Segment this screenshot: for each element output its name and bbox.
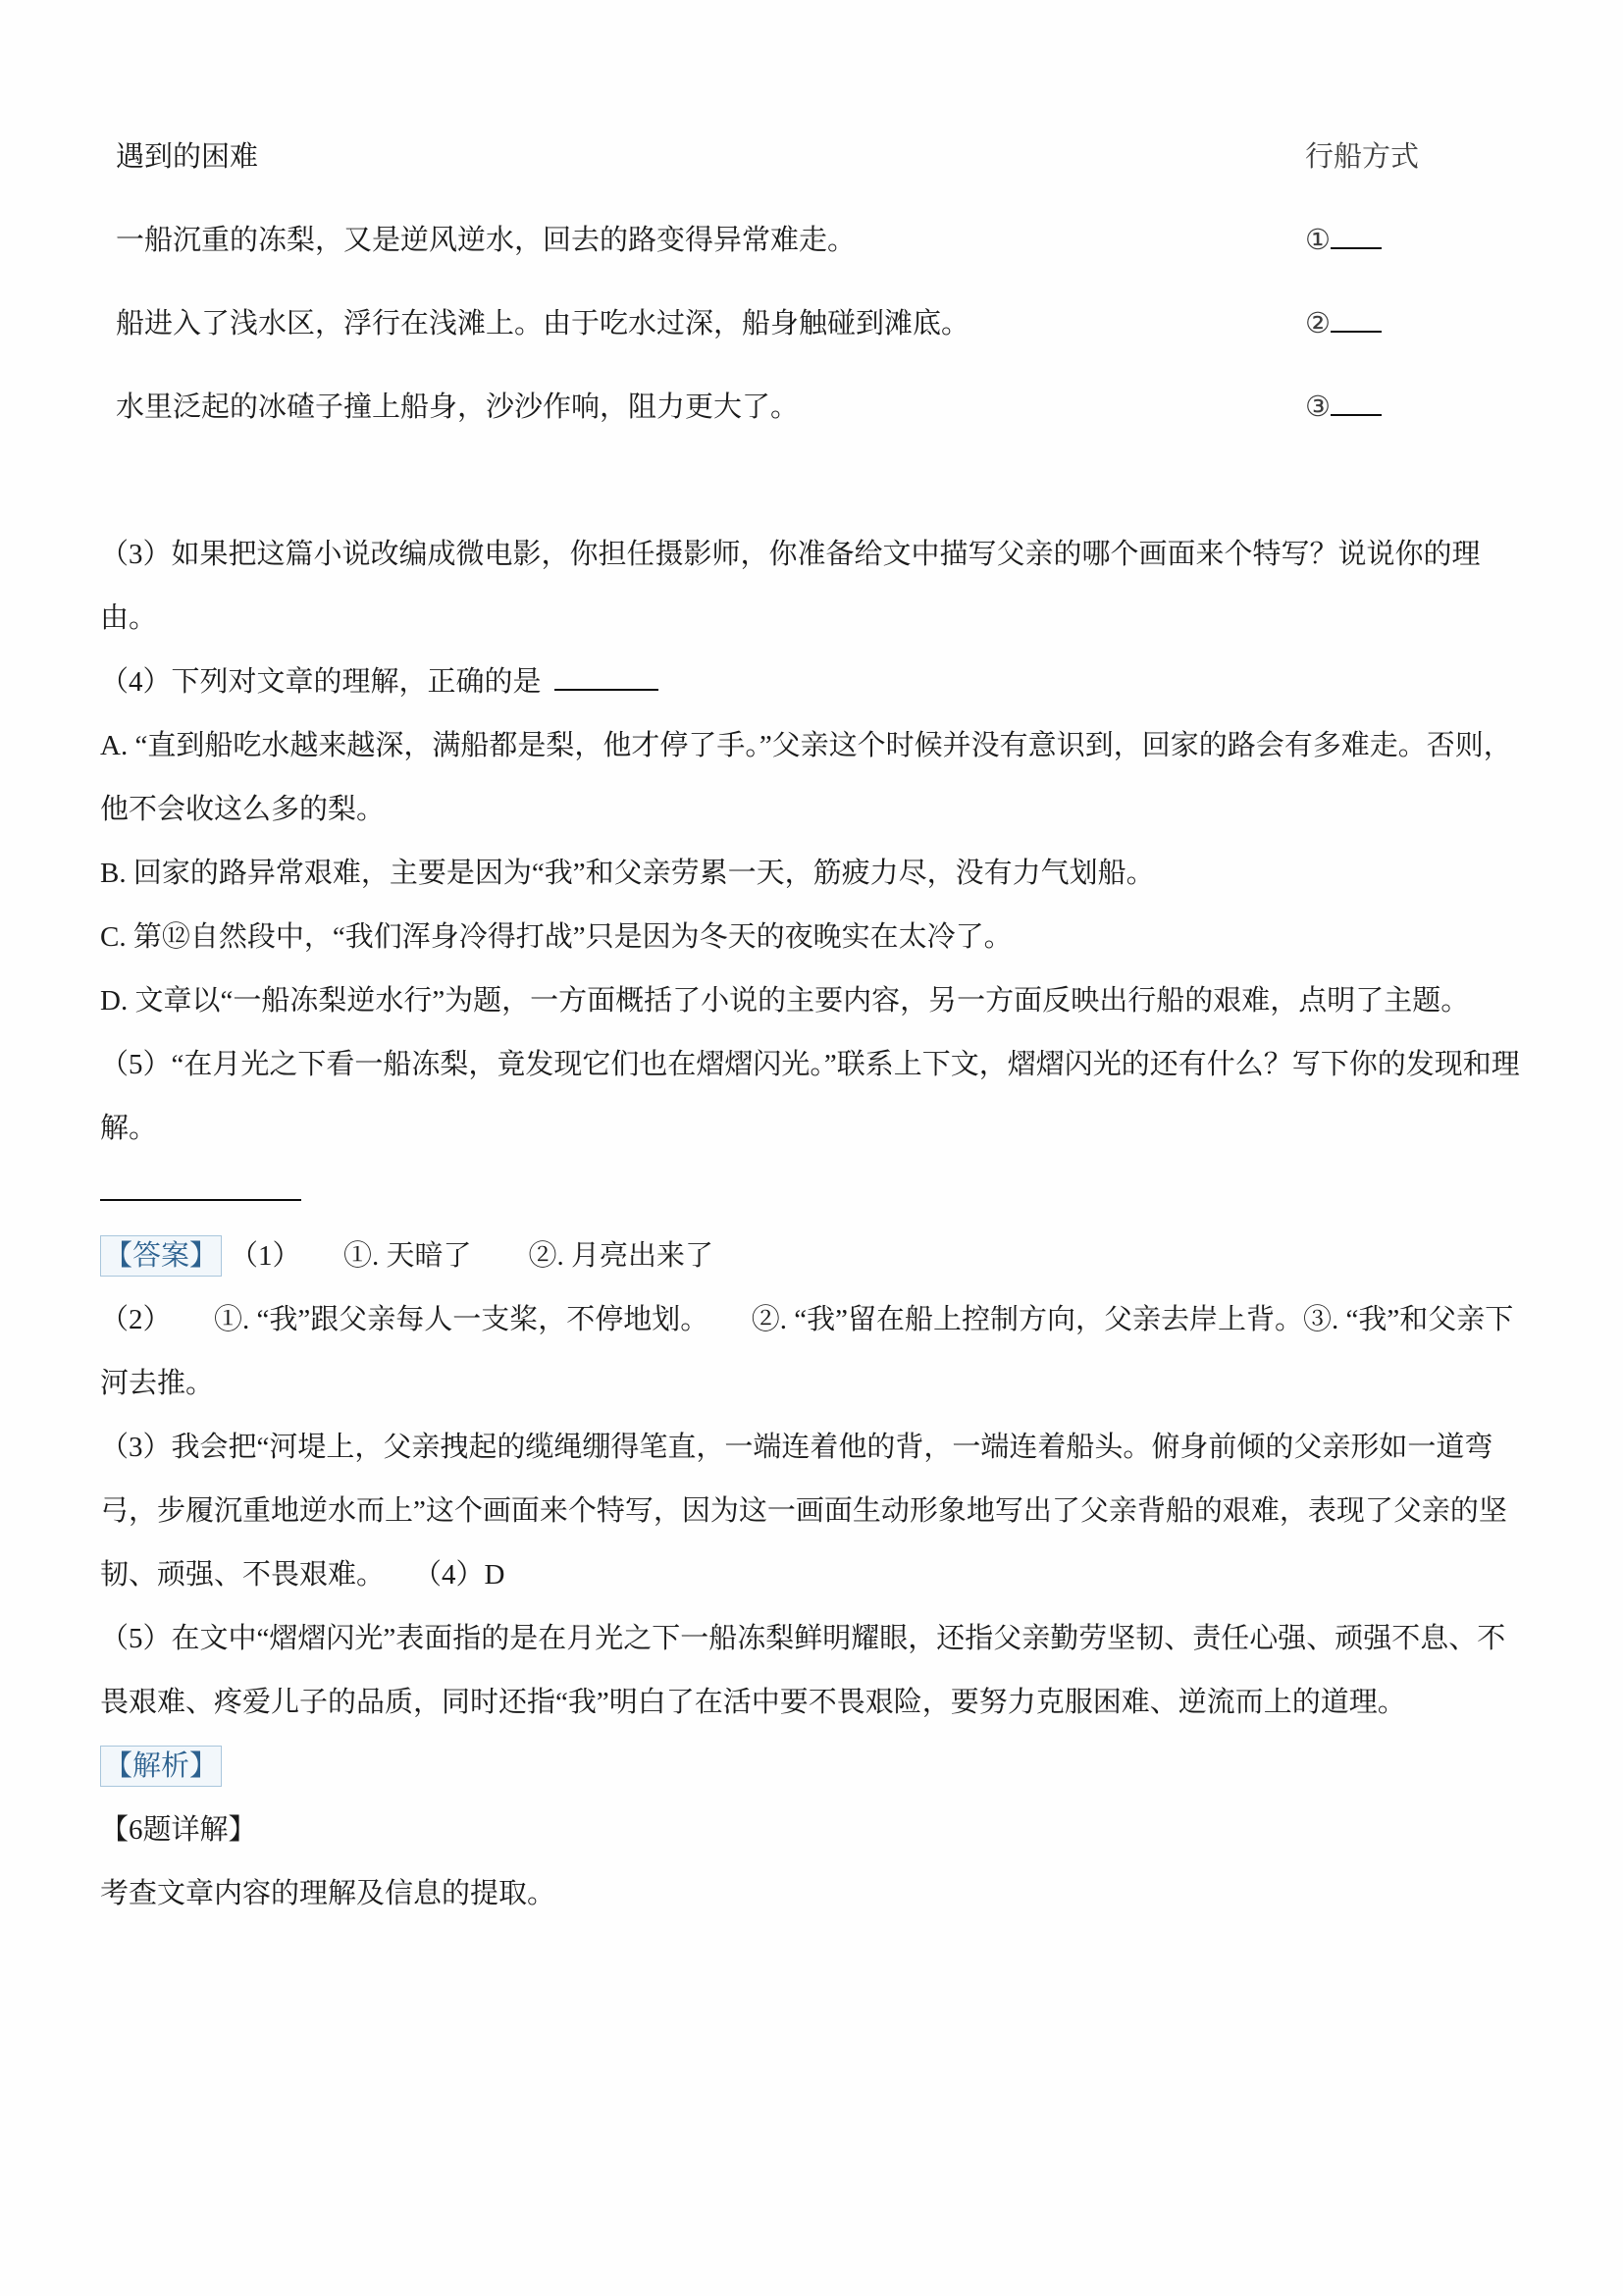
q4-answer-blank (554, 665, 658, 691)
circled-number: ② (1305, 308, 1331, 339)
row-method-cell: ① (1305, 209, 1525, 273)
table-header-row: 遇到的困难 行船方式 (100, 126, 1525, 189)
table-row: 船进入了浅水区，浮行在浅滩上。由于吃水过深，船身触碰到滩底。 ② (100, 292, 1525, 356)
row-difficulty-text: 船进入了浅水区，浮行在浅滩上。由于吃水过深，船身触碰到滩底。 (100, 292, 1305, 356)
difficulty-column-header: 遇到的困难 (100, 126, 1305, 189)
row-answer-blank (1331, 307, 1382, 333)
answer-line-2: （2） ①. “我”跟父亲每人一支桨，不停地划。 ②. “我”留在船上控制方向，… (100, 1288, 1525, 1416)
row-method-cell: ② (1305, 292, 1525, 356)
free-answer-blank (100, 1175, 301, 1201)
question-4: （4）下列对文章的理解，正确的是 (100, 651, 1525, 714)
row-method-cell: ③ (1305, 376, 1525, 440)
answer-line-1: 【答案】（1） ①. 天暗了 ②. 月亮出来了 (100, 1225, 1525, 1288)
analysis-heading: 【解析】 (100, 1735, 1525, 1799)
option-d: D. 文章以“一船冻梨逆水行”为题，一方面概括了小说的主要内容，另一方面反映出行… (100, 969, 1525, 1033)
question-4-text: （4）下列对文章的理解，正确的是 (100, 666, 549, 698)
method-column-header: 行船方式 (1305, 126, 1525, 189)
table-row: 水里泛起的冰碴子撞上船身，沙沙作响，阻力更大了。 ③ (100, 376, 1525, 440)
option-a: A. “直到船吃水越来越深，满船都是梨，他才停了手。”父亲这个时候并没有意识到，… (100, 714, 1525, 842)
analysis-detail-heading: 【6题详解】 (100, 1799, 1525, 1862)
answer-part-1: （1） ①. 天暗了 ②. 月亮出来了 (230, 1240, 713, 1272)
row-difficulty-text: 一船沉重的冻梨，又是逆风逆水，回去的路变得异常难走。 (100, 209, 1305, 273)
free-answer-line (100, 1161, 1525, 1225)
answer-line-3: （3）我会把“河堤上，父亲拽起的缆绳绷得笔直，一端连着他的背，一端连着船头。俯身… (100, 1416, 1525, 1607)
row-answer-blank (1331, 391, 1382, 416)
option-c: C. 第⑫自然段中，“我们浑身冷得打战”只是因为冬天的夜晚实在太冷了。 (100, 906, 1525, 969)
table-row: 一船沉重的冻梨，又是逆风逆水，回去的路变得异常难走。 ① (100, 209, 1525, 273)
analysis-detail-text: 考查文章内容的理解及信息的提取。 (100, 1862, 1525, 1926)
answer-badge: 【答案】 (100, 1235, 222, 1277)
circled-number: ① (1305, 225, 1331, 256)
option-b: B. 回家的路异常艰难，主要是因为“我”和父亲劳累一天，筋疲力尽，没有力气划船。 (100, 842, 1525, 906)
question-5: （5）“在月光之下看一船冻梨，竟发现它们也在熠熠闪光。”联系上下文，熠熠闪光的还… (100, 1033, 1525, 1161)
row-answer-blank (1331, 224, 1382, 249)
difficulty-method-table: 遇到的困难 行船方式 一船沉重的冻梨，又是逆风逆水，回去的路变得异常难走。 ① … (100, 126, 1525, 440)
circled-number: ③ (1305, 391, 1331, 423)
analysis-badge: 【解析】 (100, 1746, 222, 1787)
question-3: （3）如果把这篇小说改编成微电影，你担任摄影师，你准备给文中描写父亲的哪个画面来… (100, 523, 1525, 651)
exam-document-page: 遇到的困难 行船方式 一船沉重的冻梨，又是逆风逆水，回去的路变得异常难走。 ① … (0, 0, 1623, 2296)
row-difficulty-text: 水里泛起的冰碴子撞上船身，沙沙作响，阻力更大了。 (100, 376, 1305, 440)
answer-line-5: （5）在文中“熠熠闪光”表面指的是在月光之下一船冻梨鲜明耀眼，还指父亲勤劳坚韧、… (100, 1607, 1525, 1735)
